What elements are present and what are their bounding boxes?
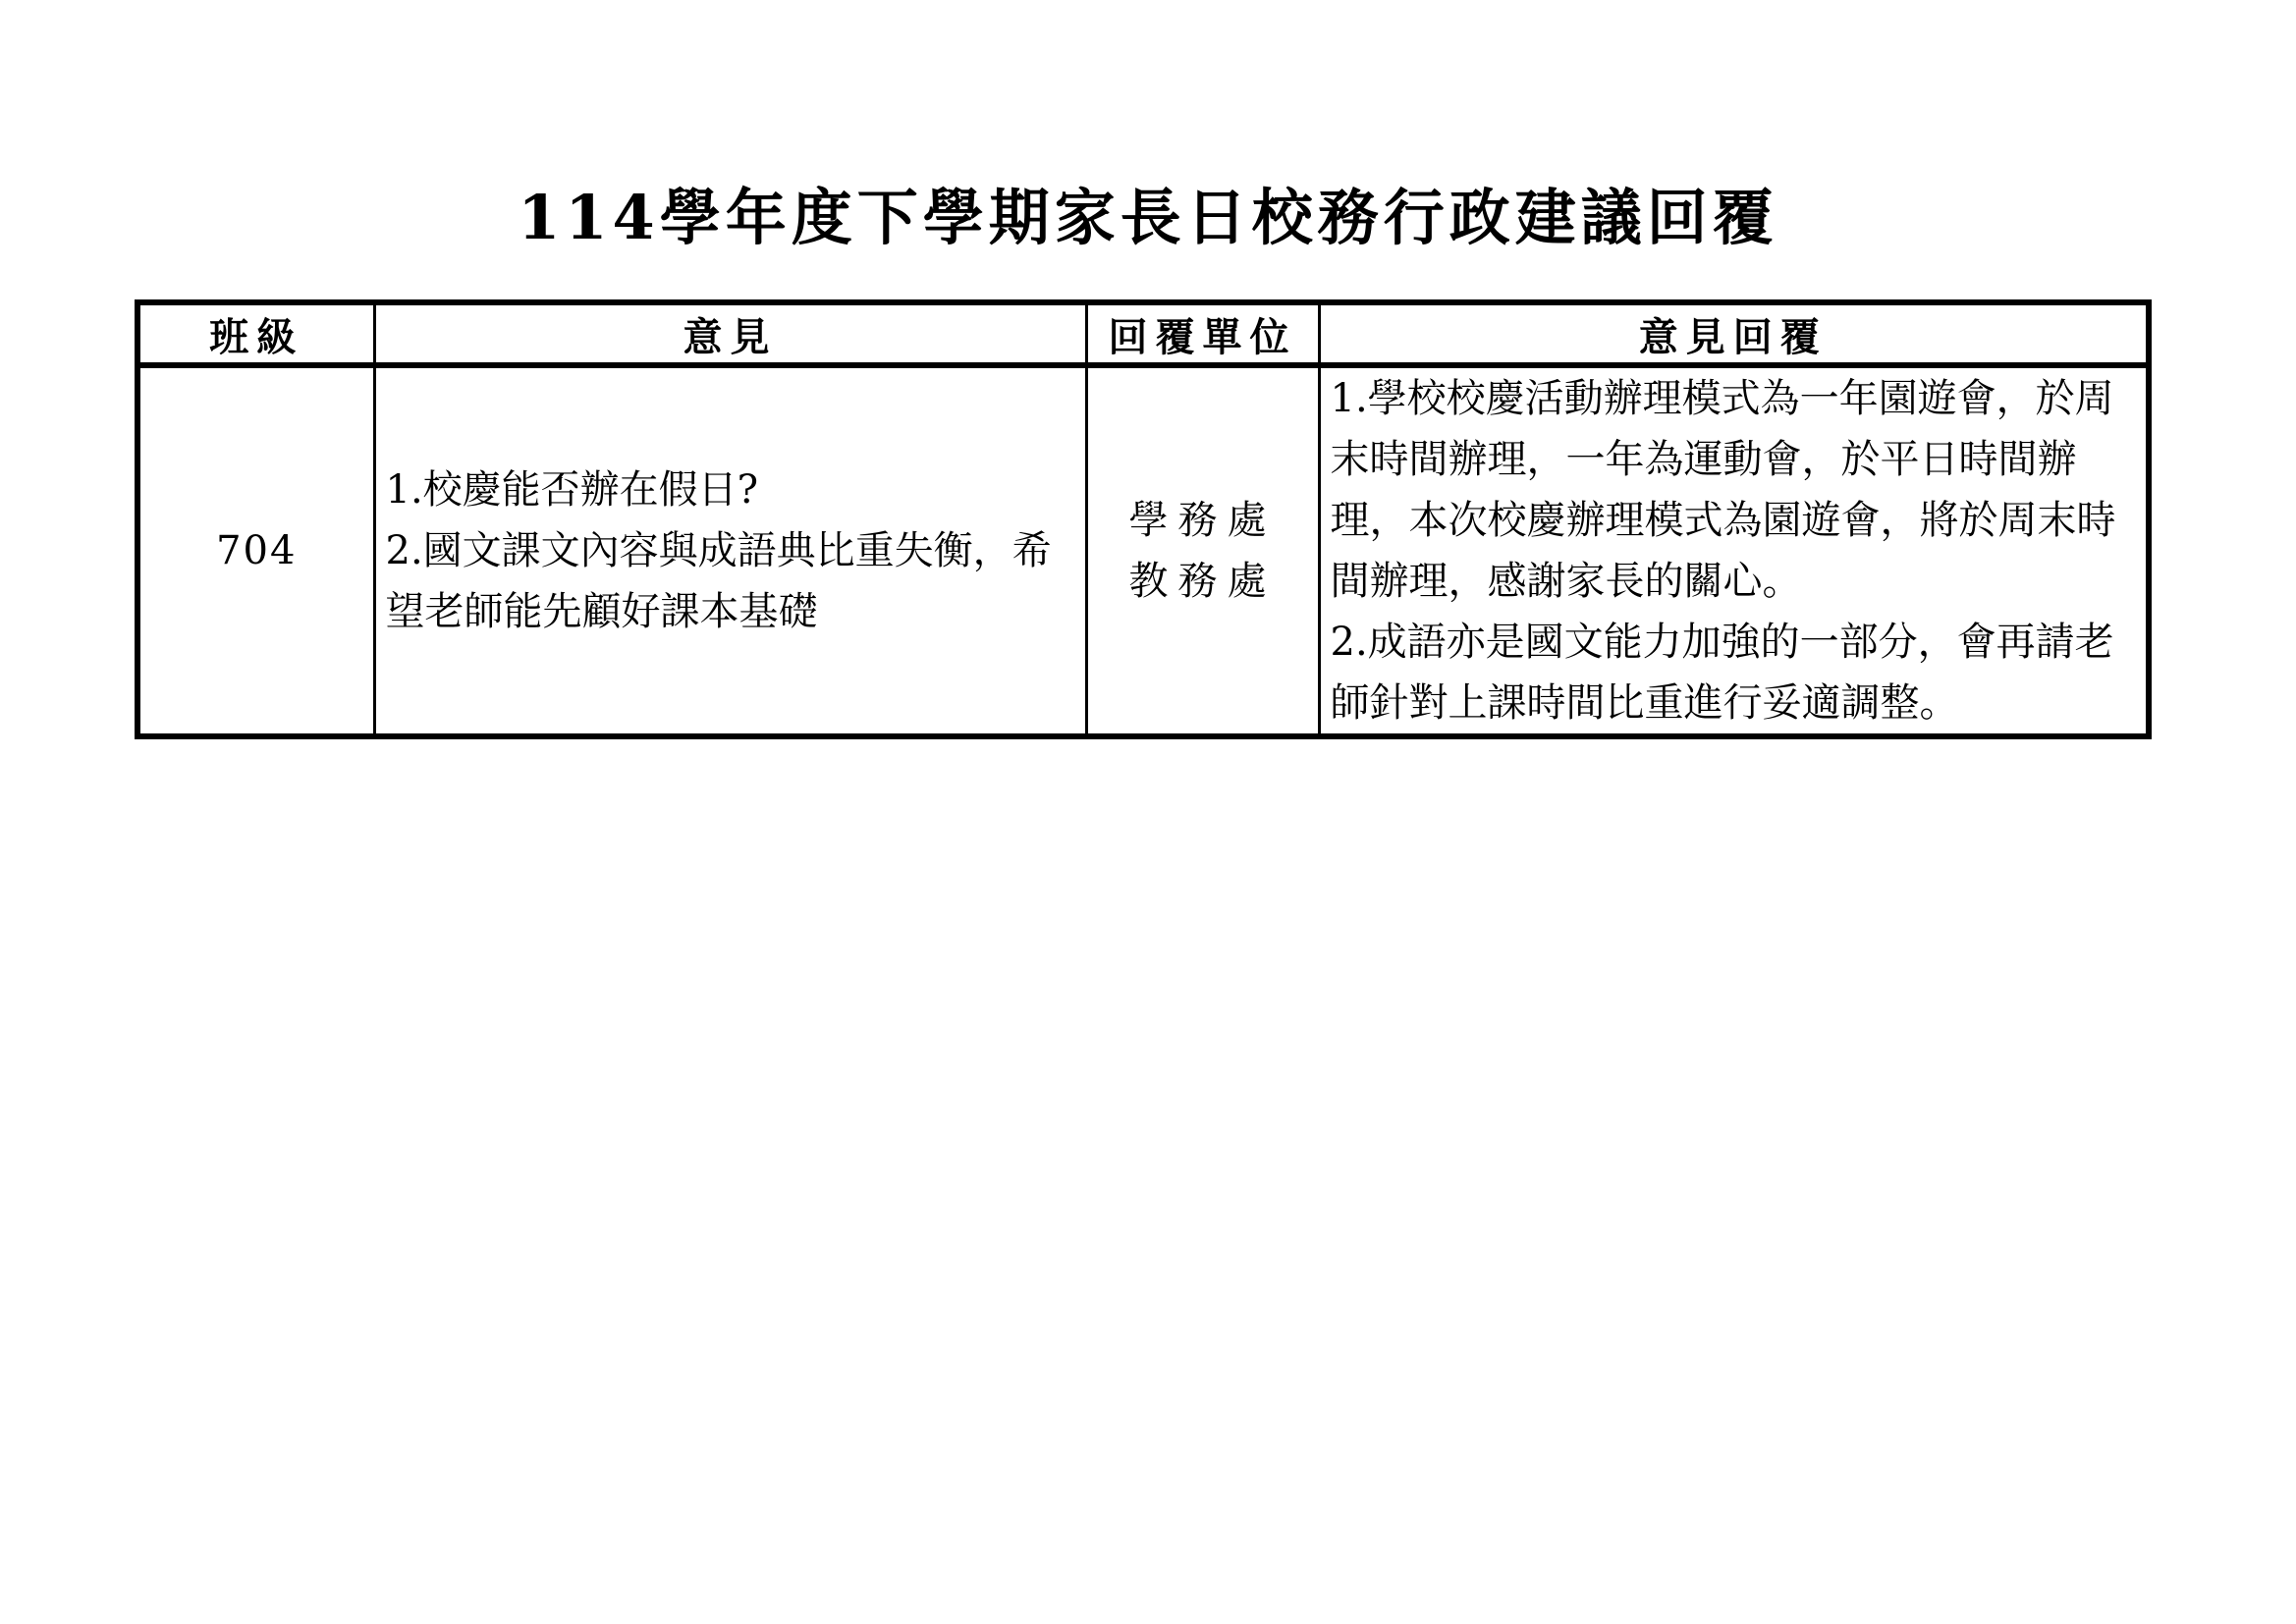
header-class: 班級 [137,302,374,365]
header-reply-unit: 回覆單位 [1086,302,1319,365]
cell-reply-unit: 學務處 教務處 [1086,365,1319,736]
feedback-table: 班級 意見 回覆單位 意見回覆 704 1.校慶能否辦在假日? 2.國文課文內容… [135,299,2152,739]
cell-reply-text: 1.學校校慶活動辦理模式為一年園遊會，於周末時間辦理，一年為運動會，於平日時間辦… [1319,365,2149,736]
header-opinion: 意見 [374,302,1086,365]
cell-opinion-text: 1.校慶能否辦在假日? 2.國文課文內容與成語典比重失衡，希望老師能先顧好課本基… [374,365,1086,736]
header-opinion-reply: 意見回覆 [1319,302,2149,365]
document-page: 114學年度下學期家長日校務行政建議回覆 班級 意見 回覆單位 意見回覆 704… [0,0,2296,1624]
table-header-row: 班級 意見 回覆單位 意見回覆 [137,302,2149,365]
table-row: 704 1.校慶能否辦在假日? 2.國文課文內容與成語典比重失衡，希望老師能先顧… [137,365,2149,736]
page-title: 114學年度下學期家長日校務行政建議回覆 [0,185,2296,251]
cell-class-number: 704 [137,365,374,736]
